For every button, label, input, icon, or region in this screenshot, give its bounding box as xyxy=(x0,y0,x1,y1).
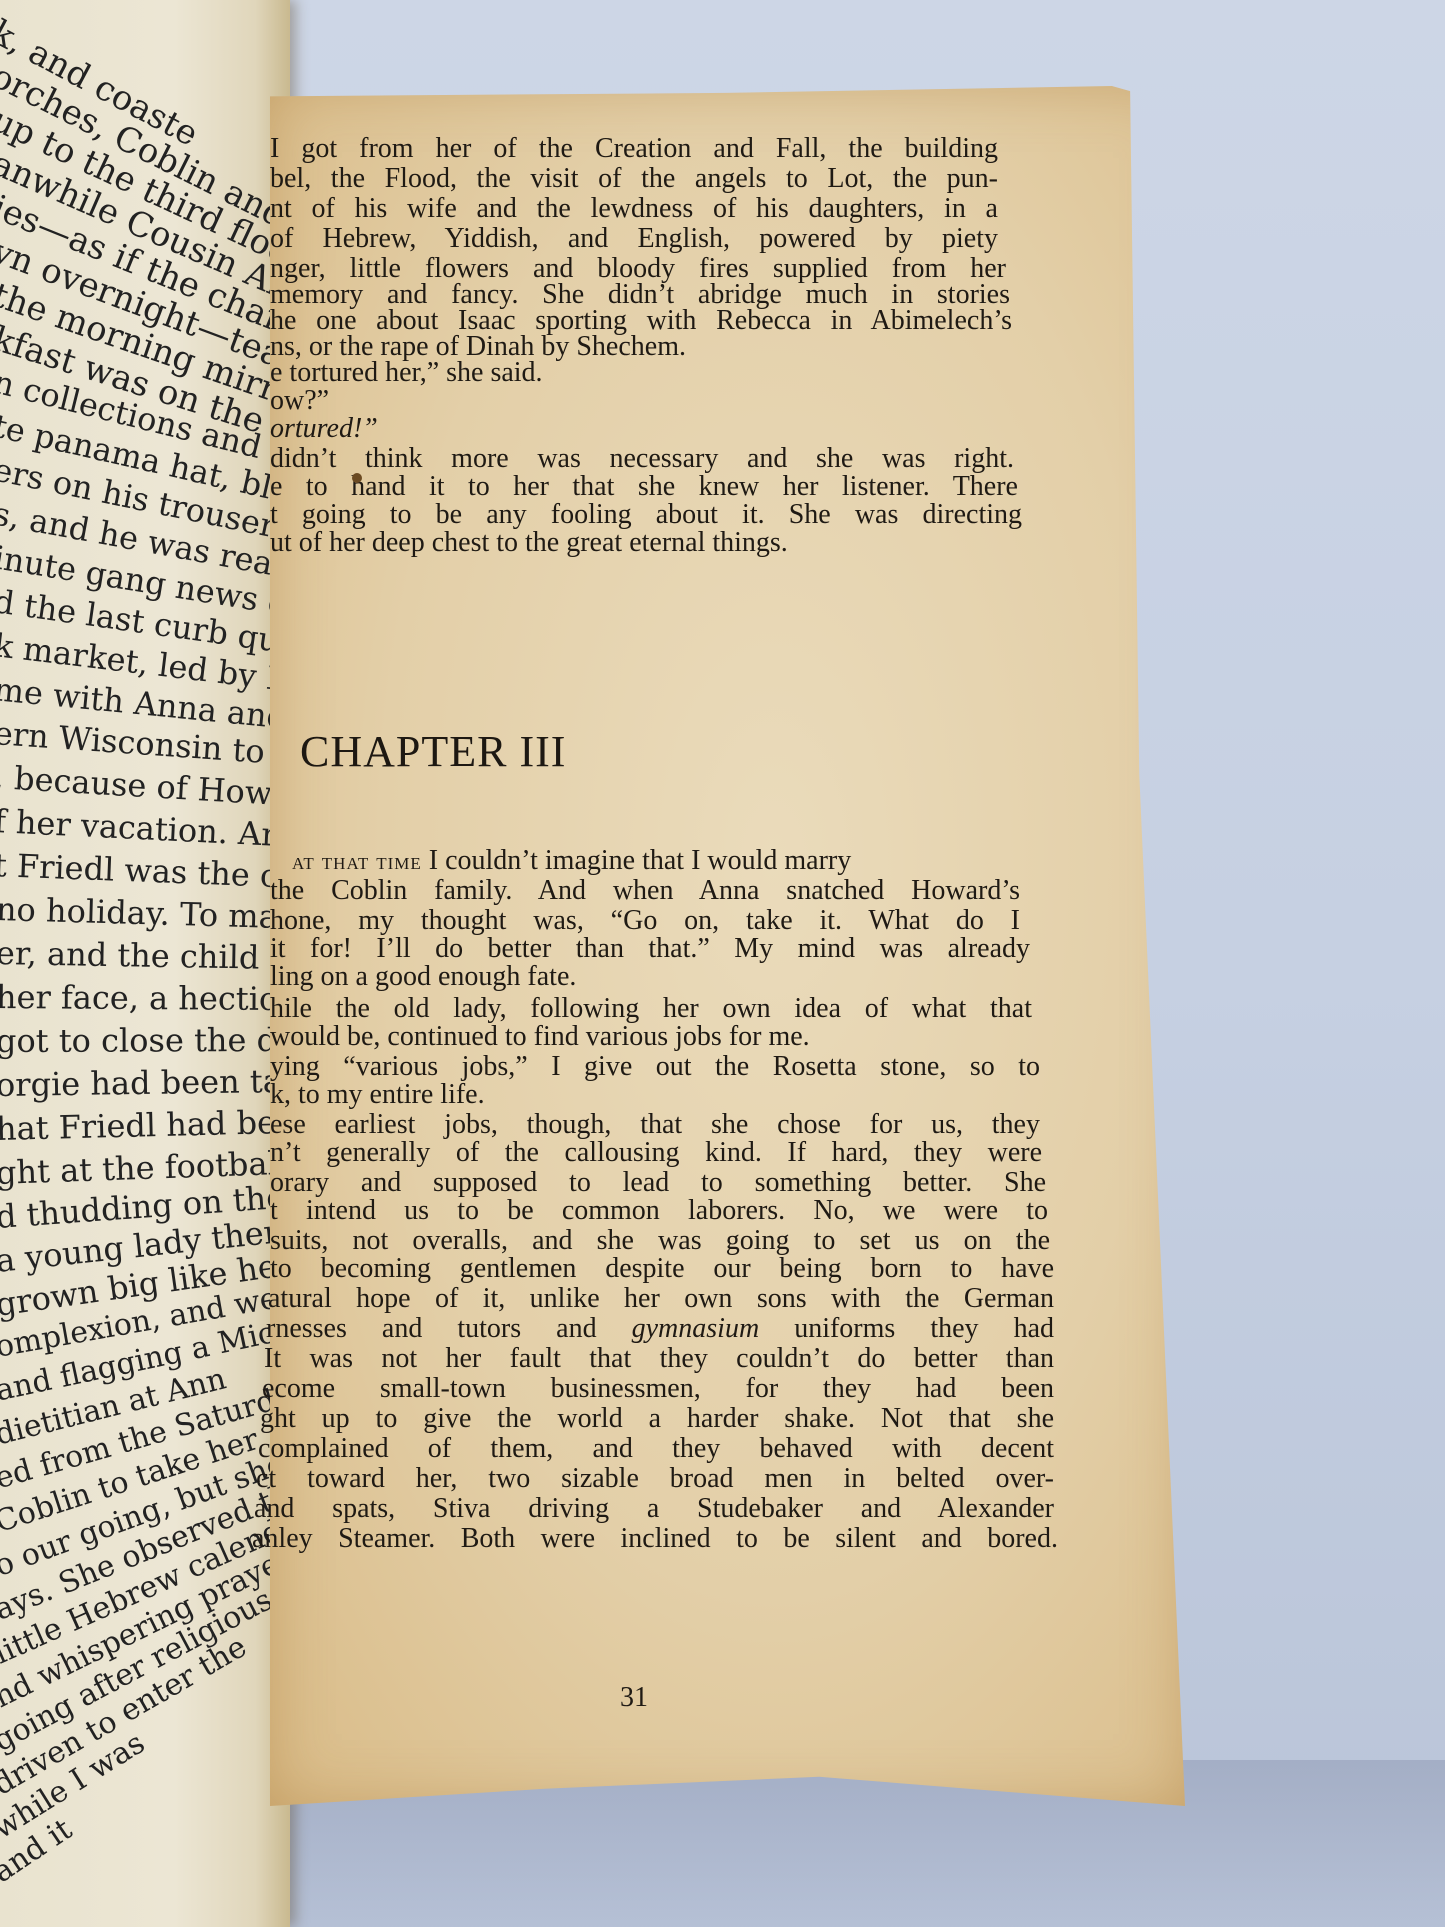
text-line: n’t generally of the callousing kind. If… xyxy=(270,1138,1042,1168)
text-span: rnesses and tutors and xyxy=(266,1313,632,1344)
text-line: It was not her fault that they couldn’t … xyxy=(264,1344,1054,1374)
text-line: atural hope of it, unlike her own sons w… xyxy=(268,1284,1054,1314)
text-line: hone, my thought was, “Go on, take it. W… xyxy=(270,906,1020,936)
text-line: and spats, Stiva driving a Studebaker an… xyxy=(254,1494,1054,1524)
text-line: hile the old lady, following her own ide… xyxy=(270,994,1032,1024)
text-line: k, to my entire life. xyxy=(270,1080,485,1110)
text-line: ow?” xyxy=(270,386,329,416)
text-line: ling on a good enough fate. xyxy=(270,962,576,992)
text-line: nt of his wife and the lewdness of his d… xyxy=(270,194,998,224)
text-line: it for! I’ll do better than that.” My mi… xyxy=(270,934,1030,964)
text-line: complained of them, and they behaved wit… xyxy=(258,1434,1054,1464)
page-number: 31 xyxy=(620,1682,648,1714)
text-line: would be, continued to find various jobs… xyxy=(270,1022,810,1052)
right-page-text: I got from her of the Creation and Fall,… xyxy=(270,86,1185,1806)
text-line: I got from her of the Creation and Fall,… xyxy=(270,134,998,164)
left-page-line: hat Friedl had been xyxy=(0,1102,290,1148)
text-line: bel, the Flood, the visit of the angels … xyxy=(270,164,998,194)
text-line: of Hebrew, Yiddish, and English, powered… xyxy=(270,224,998,254)
left-page-line: her face, a hectic, xyxy=(0,978,287,1018)
text-line: didn’t think more was necessary and she … xyxy=(270,444,1014,474)
chapter-heading: CHAPTER III xyxy=(300,726,566,777)
text-line: orary and supposed to lead to something … xyxy=(270,1168,1046,1198)
text-line: t going to be any fooling about it. She … xyxy=(270,500,1022,530)
italic-word: gymnasium xyxy=(632,1313,760,1344)
text-line: the Coblin family. And when Anna snatche… xyxy=(270,876,1020,906)
left-page-line: orgie had been taught xyxy=(0,1061,290,1104)
text-line: anley Steamer. Both were inclined to be … xyxy=(252,1524,1058,1554)
text-span: I couldn’t imagine that I would marry xyxy=(422,845,852,876)
left-page-line: no holiday. To make xyxy=(0,890,290,937)
text-line: suits, not overalls, and she was going t… xyxy=(270,1226,1050,1256)
left-page-line: got to close the door xyxy=(0,1021,290,1060)
text-line: ecome small-town businessmen, for they h… xyxy=(262,1374,1054,1404)
text-line: to becoming gentlemen despite our being … xyxy=(270,1254,1054,1284)
text-line: e to hand it to her that she knew her li… xyxy=(270,472,1018,502)
left-page: k, and coasteorches, Coblin andup to the… xyxy=(0,0,290,1927)
text-line: ct toward her, two sizable broad men in … xyxy=(256,1464,1054,1494)
ink-stain xyxy=(352,473,362,483)
text-line: t intend us to be common laborers. No, w… xyxy=(270,1196,1048,1226)
text-line: e tortured her,” she said. xyxy=(270,358,543,388)
text-span: uniforms they had xyxy=(759,1313,1054,1344)
text-line: at that time I couldn’t imagine that I w… xyxy=(292,846,851,877)
left-page-line: t Friedl was the only xyxy=(0,846,290,897)
text-line: ght up to give the world a harder shake.… xyxy=(260,1404,1054,1434)
text-line: rnesses and tutors and gymnasium uniform… xyxy=(266,1314,1054,1344)
chapter-opening-smallcaps: at that time xyxy=(292,849,422,875)
text-line: ortured!” xyxy=(270,414,378,444)
left-page-line: er, and the child had xyxy=(0,934,290,978)
text-line: ying “various jobs,” I give out the Rose… xyxy=(270,1052,1040,1082)
text-line: ese earliest jobs, though, that she chos… xyxy=(270,1110,1040,1140)
text-line: ut of her deep chest to the great eterna… xyxy=(270,528,788,558)
